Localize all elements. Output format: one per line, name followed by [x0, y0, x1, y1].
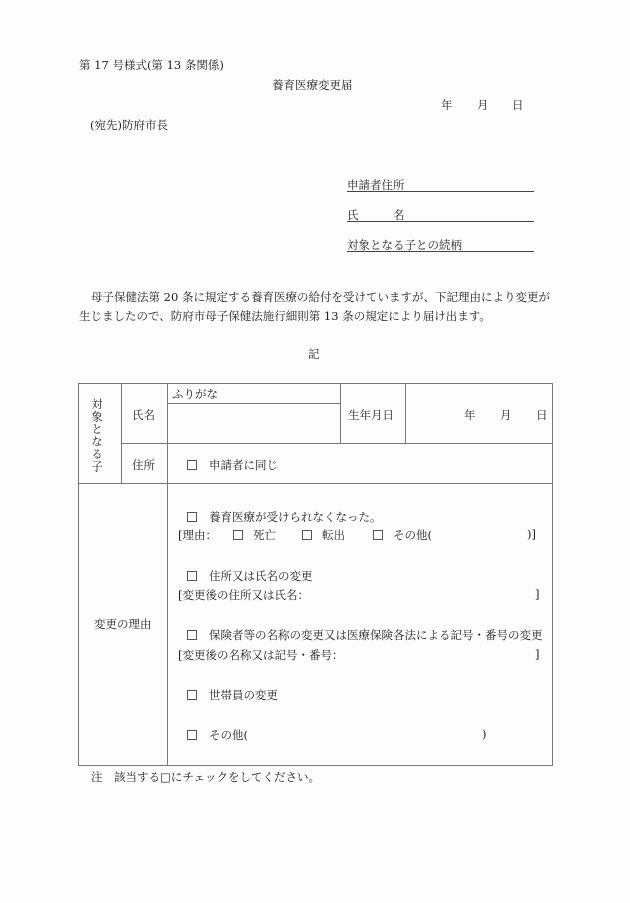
furigana-field[interactable] [168, 385, 339, 402]
reason-sub-close: )] [527, 527, 536, 541]
reason-sub-prefix: [理由： [178, 527, 217, 543]
date-day-label: 日 [512, 97, 524, 113]
reason-moveout-option[interactable]: 転出 [302, 527, 345, 543]
body-paragraph-line2: 生じましたので、防府市母子保健法施行細則第 13 条の規定により届け出ます。 [79, 308, 491, 324]
reason-unable-label: 養育医療が受けられなくなった。 [209, 510, 382, 524]
other-close: ) [482, 727, 487, 741]
checkbox-icon[interactable] [187, 630, 197, 640]
checkbox-icon[interactable] [373, 530, 383, 540]
birth-year-label: 年 [464, 407, 476, 423]
new-address-name-close: ] [535, 587, 540, 601]
same-as-applicant-option[interactable]: 申請者に同じ [187, 457, 278, 473]
other-label: その他( [209, 728, 248, 742]
death-label: 死亡 [253, 528, 276, 542]
checkbox-icon[interactable] [187, 512, 197, 522]
relationship-field[interactable] [347, 251, 534, 252]
form-number: 第 17 号様式(第 13 条関係) [79, 57, 224, 73]
reason-address-name-change[interactable]: 住所又は氏名の変更 [187, 568, 313, 584]
reason-other-sub-option[interactable]: その他( [373, 527, 432, 543]
ki-heading: 記 [308, 346, 320, 362]
date-month-label: 月 [477, 97, 489, 113]
household-change-label: 世帯員の変更 [209, 688, 278, 702]
reason-label: 変更の理由 [94, 616, 152, 632]
insurer-change-label: 保険者等の名称の変更又は医療保険各法による記号・番号の変更 [209, 628, 543, 642]
birthdate-label: 生年月日 [348, 407, 394, 423]
new-insurer-label: [変更後の名称又は記号・番号： [178, 647, 344, 663]
new-insurer-close: ] [535, 647, 540, 661]
body-paragraph-line1: 母子保健法第 20 条に規定する養育医療の給付を受けていますが、下記理由により変… [91, 289, 550, 305]
other-sub-label: その他( [393, 528, 432, 542]
reason-other[interactable]: その他( [187, 727, 248, 743]
applicant-address-field[interactable] [347, 191, 534, 192]
address-name-change-label: 住所又は氏名の変更 [209, 569, 313, 583]
reason-insurer-change[interactable]: 保険者等の名称の変更又は医療保険各法による記号・番号の変更 [187, 627, 543, 643]
checkbox-icon[interactable] [187, 571, 197, 581]
birth-day-label: 日 [536, 407, 548, 423]
same-as-applicant-label: 申請者に同じ [209, 458, 278, 472]
checkbox-icon[interactable] [187, 690, 197, 700]
child-name-field[interactable] [168, 405, 339, 442]
checkbox-icon[interactable] [187, 460, 197, 470]
child-name-label: 氏名 [132, 407, 155, 423]
moveout-label: 転出 [322, 528, 345, 542]
document-title: 養育医療変更届 [272, 77, 353, 93]
subject-child-label: 対象となる子 [91, 398, 103, 473]
date-year-label: 年 [441, 97, 453, 113]
addressee: (宛先)防府市長 [90, 117, 168, 133]
reason-unable-to-receive[interactable]: 養育医療が受けられなくなった。 [187, 509, 382, 525]
birth-month-label: 月 [500, 407, 512, 423]
reason-death-option[interactable]: 死亡 [233, 527, 276, 543]
checkbox-icon[interactable] [302, 530, 312, 540]
note: 注 該当する□にチェックをしてください。 [91, 769, 320, 785]
reason-household-change[interactable]: 世帯員の変更 [187, 687, 278, 703]
applicant-name-field[interactable] [347, 221, 534, 222]
checkbox-icon[interactable] [187, 730, 197, 740]
checkbox-icon[interactable] [233, 530, 243, 540]
child-address-label: 住所 [132, 457, 155, 473]
new-address-name-label: [変更後の住所又は氏名： [178, 587, 309, 603]
